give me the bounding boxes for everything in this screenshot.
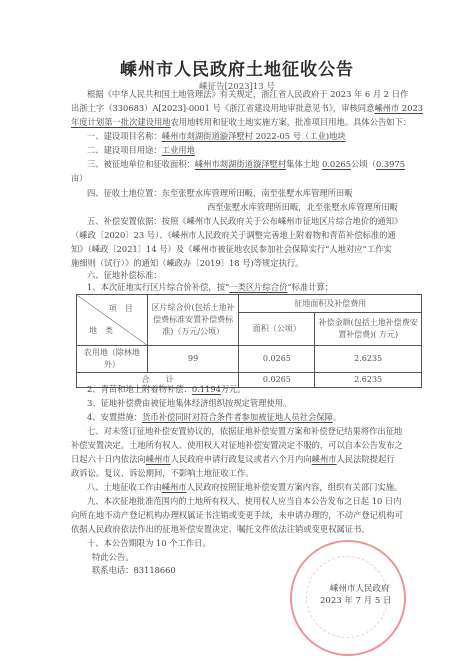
header-group: 征地面积及补偿费用 xyxy=(239,295,422,313)
item-project-name: 一、建设项目名称：嵊州市剡湖街道漩泽墅村 2022-05 号（工业)地块 xyxy=(87,129,413,143)
item9-line-2: 向所在地不动产登记机构办理权属证书注销或变更手续，未申请办理的，不动产登记机构可 xyxy=(71,508,413,522)
item-basis-line-1: 五、补偿安置依据：按照《嵊州市人民政府关于公布嵊州市征地区片综合地价的通知》 xyxy=(87,214,413,228)
intro-line-2: 出浙土字（330683）A[2023]-0001 号《浙江省建设用地审批意见书》… xyxy=(71,101,413,115)
item-expropriated-unit: 三、被征地单位和征收面积：嵊州市剡湖街道漩泽墅村集体土地 0.0265公顷（0.… xyxy=(87,157,413,171)
corner-label-item: 项 目 xyxy=(109,303,133,315)
item-standard-sub-1: 1、本次征地实行区片综合价补偿，按“一类区片综合价”标准计算； xyxy=(87,280,413,294)
signature-date: 2023 年 7 月 5 日 xyxy=(320,594,391,606)
compensation-table: 项 目 地 类 区片综合价(包括土地补偿费标准安置补偿费标准)（万元/公顷） 征… xyxy=(76,294,422,388)
intro-line-3: 年度计划第一批次建设用地农用地转用和征收土地实施方案，批准项目用地。具体公告如下… xyxy=(71,115,413,129)
item-crop-compensation: 2、青苗和地上附着物补偿：0.1194万元。 xyxy=(87,382,413,396)
item-area-unit-mu: 亩） xyxy=(71,171,413,185)
item9-line-1: 九、本次征地批准范围内的土地所有权人、使用权人应当自本公告发布之日起 10 日内 xyxy=(87,494,413,508)
item-location: 四、征收土地位置：东至张墅水库管理所田畈，南至张墅水库管理所田畈 xyxy=(87,186,413,200)
item-resettlement: 4、安置措施：货币补偿同时对符合条件者参加被征地人员社会保障。 xyxy=(87,410,413,424)
item7-line-1: 七、对未签订征地补偿安置协议的，依据征地补偿安置方案和补偿登记结果将作出征地 xyxy=(87,424,413,438)
item9-line-3: 依据人民政府依法作出的征地补偿安置决定、嘱托文件依法注销或变更权属证书。 xyxy=(71,522,413,536)
signature-org: 嵊州市人民政府 xyxy=(330,582,390,594)
intro-line-1: 根据《中华人民共和国土地管理法》有关规定，浙江省人民政府于 2023 年 6 月… xyxy=(87,87,413,101)
item7-line-3: 日起六十日内依法向嵊州市人民政府申请行政复议或者六个月内向嵊州市人民法院提起行 xyxy=(71,452,413,466)
item-basis-line-2: （嵊政〔2020〕23 号）、《嵊州市人民政府关于调整完善地上附着物和青苗补偿标… xyxy=(71,228,413,242)
header-area: 面积（公顷） xyxy=(239,313,315,346)
item-basis-line-3: 知》（嵊政〔2021〕14 号）及《嵊州市被征地农民参加社会保障实行“人地对应”… xyxy=(71,242,413,256)
item-project-use: 二、建设项目用途：工业用地 xyxy=(87,143,413,157)
item-location-line-2: 西至张墅水库管理所田畈，北至张墅水库管理所田畈 xyxy=(207,200,413,214)
item-fund-management: 3、征地补偿费由被征地集体经济组织按规定管理使用。 xyxy=(87,396,413,410)
notice-page: 嵊州市人民政府土地征收公告 嵊征告[2023]13 号 根据《中华人民共和国土地… xyxy=(0,0,474,661)
page-title: 嵊州市人民政府土地征收公告 xyxy=(0,55,474,80)
corner-label-land-type: 地 类 xyxy=(89,325,113,337)
item7-line-2: 补偿安置决定。土地所有权人、使用权人对征地补偿安置决定不服的，可以自本公告发布之 xyxy=(71,438,413,452)
table-row: 农用地（除林地外） 99 0.0265 2.6235 xyxy=(77,346,422,373)
item7-line-4: 政诉讼。复议、诉讼期间，不影响土地征收工作。 xyxy=(71,466,413,480)
item8: 八、土地征收工作由嵊州市人民政府按照征地补偿安置方案内容，组织有关部门实施。 xyxy=(87,480,413,494)
table-corner-header: 项 目 地 类 xyxy=(77,295,148,346)
header-amount: 补偿金额(包括土地补偿费安置补偿费)( 万元) xyxy=(315,313,422,346)
header-price: 区片综合价(包括土地补偿费标准安置补偿费标准)（万元/公顷） xyxy=(147,295,239,346)
